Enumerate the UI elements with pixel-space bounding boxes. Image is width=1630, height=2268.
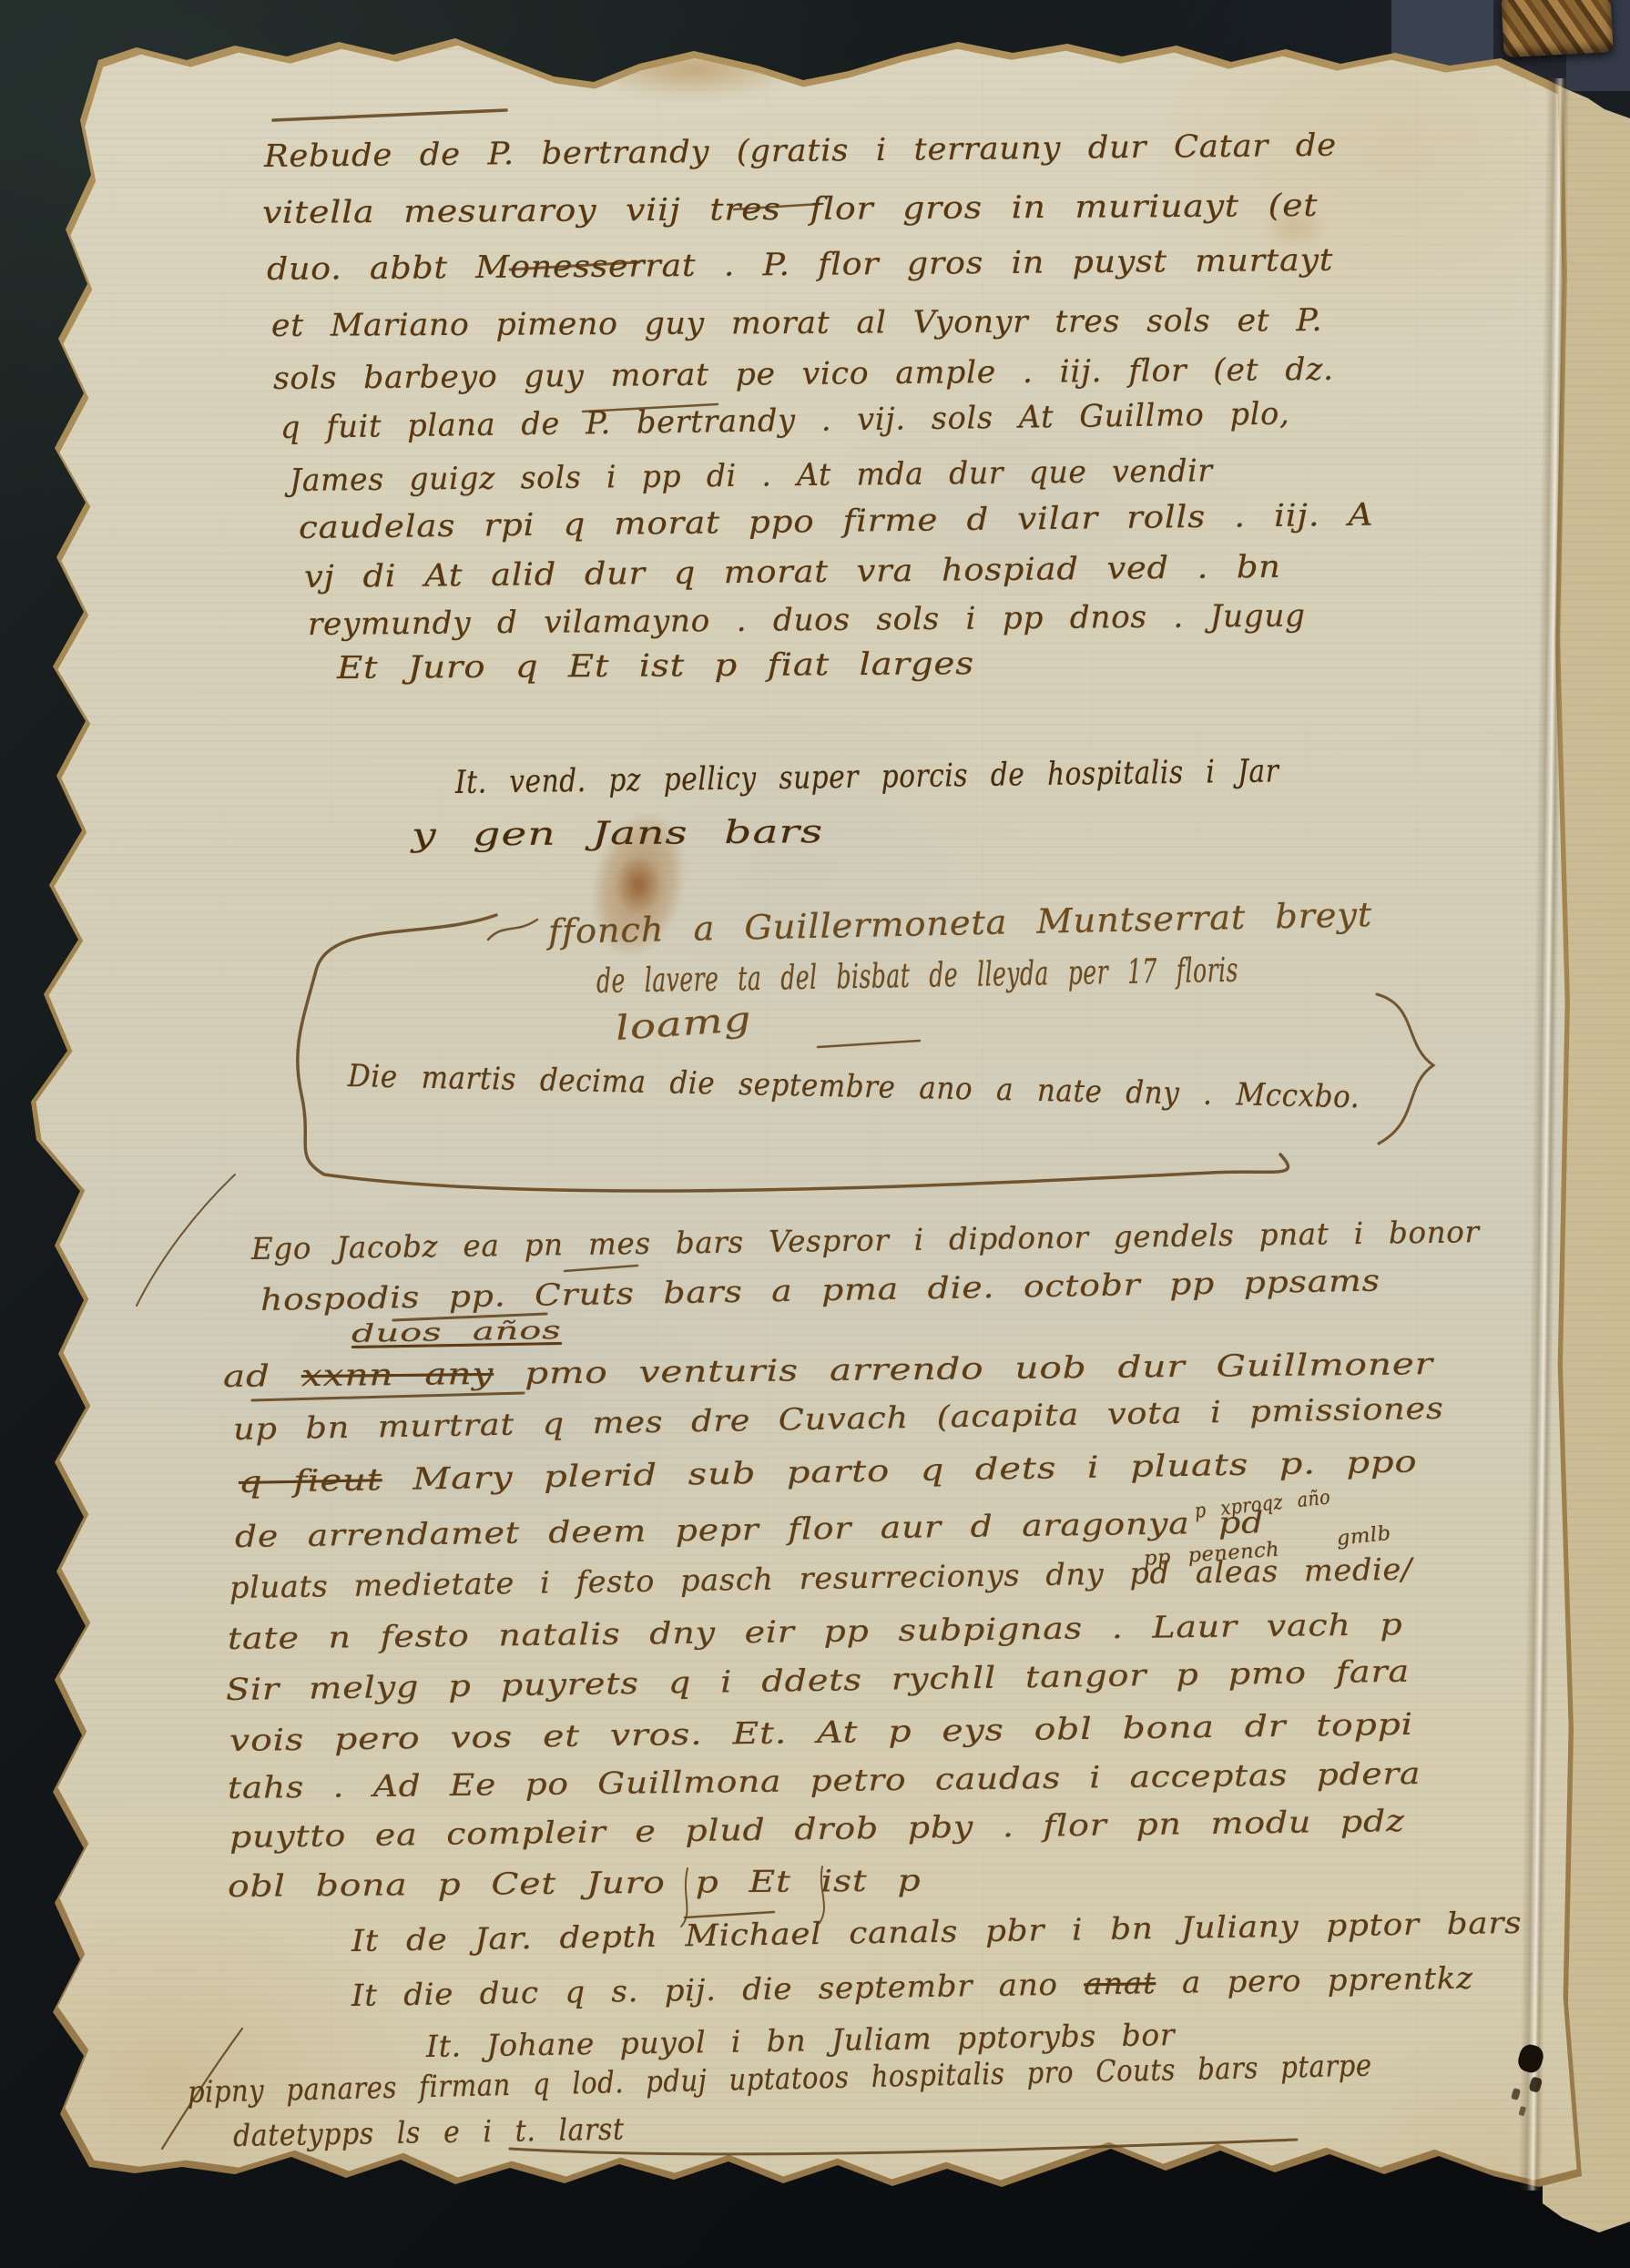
- receipt-guillermoneta-line-3: loamg: [615, 1000, 753, 1048]
- lease-paragraph-line-12: tate n festo natalis dny eir pp subpigna…: [228, 1606, 1403, 1656]
- lease-paragraph-line-9: gmlb: [1336, 1522, 1392, 1551]
- handwriting-layer: Rebude de P. bertrandy (gratis i terraun…: [0, 0, 1630, 2268]
- item-notes-line-1: It de Jar. depth Michael canals pbr i bn…: [351, 1905, 1523, 1958]
- note-pellicy-line-2: y gen Jans bars: [412, 814, 823, 854]
- item-notes-line-5: datetypps ls e i t. larst: [233, 2111, 625, 2153]
- entry-pere-bertrandi-line-4: et Mariano pimeno guy morat al Vyonyr tr…: [271, 302, 1322, 344]
- words: Mary plerid sub parto q dets i pluats p.…: [382, 1443, 1417, 1497]
- note-pellicy-line-1: It. vend. pz pellicy super porcis de hos…: [455, 753, 1279, 801]
- receipt-guillermoneta-line-1: ffonch a Guillermoneta Muntserrat breyt: [548, 895, 1373, 951]
- manuscript-photo: Rebude de P. bertrandy (gratis i terraun…: [0, 0, 1630, 2268]
- entry-pere-bertrandi-line-5: sols barbeyo guy morat pe vico ample . i…: [273, 351, 1334, 397]
- struck-words: xxnn any: [301, 1356, 494, 1393]
- entry-pere-bertrandi-line-9: vj di At alid dur q morat vra hospiad ve…: [304, 549, 1281, 595]
- entry-pere-bertrandi-line-11: Et Juro q Et ist p fiat larges: [337, 646, 974, 687]
- lease-paragraph-line-2: hospodis pp. Cruts bars a pma die. octob…: [260, 1263, 1380, 1317]
- lease-paragraph-line-14: vois pero vos et vros. Et. At p eys obl …: [229, 1706, 1414, 1758]
- lease-paragraph-line-1: Ego Jacobz ea pn mes bars Vespror i dipd…: [251, 1214, 1480, 1266]
- words: pmo venturis arrendo uob dur Guillmoner: [494, 1346, 1433, 1391]
- entry-pere-bertrandi-line-7: James guigz sols i pp di . At mda dur qu…: [290, 453, 1213, 499]
- words: a pero pprentkz: [1156, 1960, 1473, 2000]
- lease-paragraph-line-13: Sir melyg p puyrets q i ddets rychll tan…: [226, 1653, 1411, 1707]
- lease-paragraph-line-15: tahs . Ad Ee po Guillmona petro caudas i…: [228, 1755, 1421, 1805]
- lease-paragraph-line-17: obl bona p Cet Juro p Et ist p: [228, 1862, 922, 1904]
- entry-pere-bertrandi-line-1: Rebude de P. bertrandy (gratis i terraun…: [264, 127, 1337, 175]
- lease-paragraph-line-11: pluats medietate i festo pasch resurreci…: [229, 1551, 1413, 1605]
- entry-pere-bertrandi-line-8: caudelas rpi q morat ppo firme d vilar r…: [299, 497, 1374, 546]
- words: ad: [223, 1358, 301, 1394]
- entry-pere-bertrandi-line-6: q fuit plana de P. bertrandy . vij. sols…: [280, 396, 1290, 446]
- entry-pere-bertrandi-line-10: reymundy d vilamayno . duos sols i pp dn…: [308, 597, 1306, 643]
- entry-pere-bertrandi-line-3: duo. abbt Monesserrat . P. flor gros in …: [267, 242, 1333, 288]
- words: It die duc q s. pij. die septembr ano: [351, 1966, 1085, 2013]
- struck-words: anat: [1084, 1965, 1156, 2001]
- receipt-guillermoneta-line-2: de lavere ta del bisbat de lleyda per 17…: [596, 951, 1239, 1001]
- lease-paragraph-line-3: duos años: [351, 1317, 562, 1348]
- date-line-line-1: Die martis decima die septembre ano a na…: [348, 1058, 1360, 1115]
- item-notes-line-2: It die duc q s. pij. die septembr ano an…: [351, 1960, 1473, 2013]
- lease-paragraph-line-16: puytto ea compleir e plud drob pby . flo…: [229, 1803, 1405, 1855]
- lease-paragraph-line-4: ad xxnn any pmo venturis arrendo uob dur…: [223, 1346, 1433, 1394]
- lease-paragraph-line-5: up bn murtrat q mes dre Cuvach (acapita …: [233, 1390, 1444, 1447]
- struck-words: q fieut: [239, 1461, 382, 1500]
- entry-pere-bertrandi-line-2: vitella mesuraroy viij tres flor gros in…: [262, 188, 1319, 231]
- lease-paragraph-line-7: de arrendamet deem pepr flor aur d arago…: [235, 1504, 1265, 1554]
- lease-paragraph-line-6: q fieut Mary plerid sub parto q dets i p…: [239, 1443, 1418, 1500]
